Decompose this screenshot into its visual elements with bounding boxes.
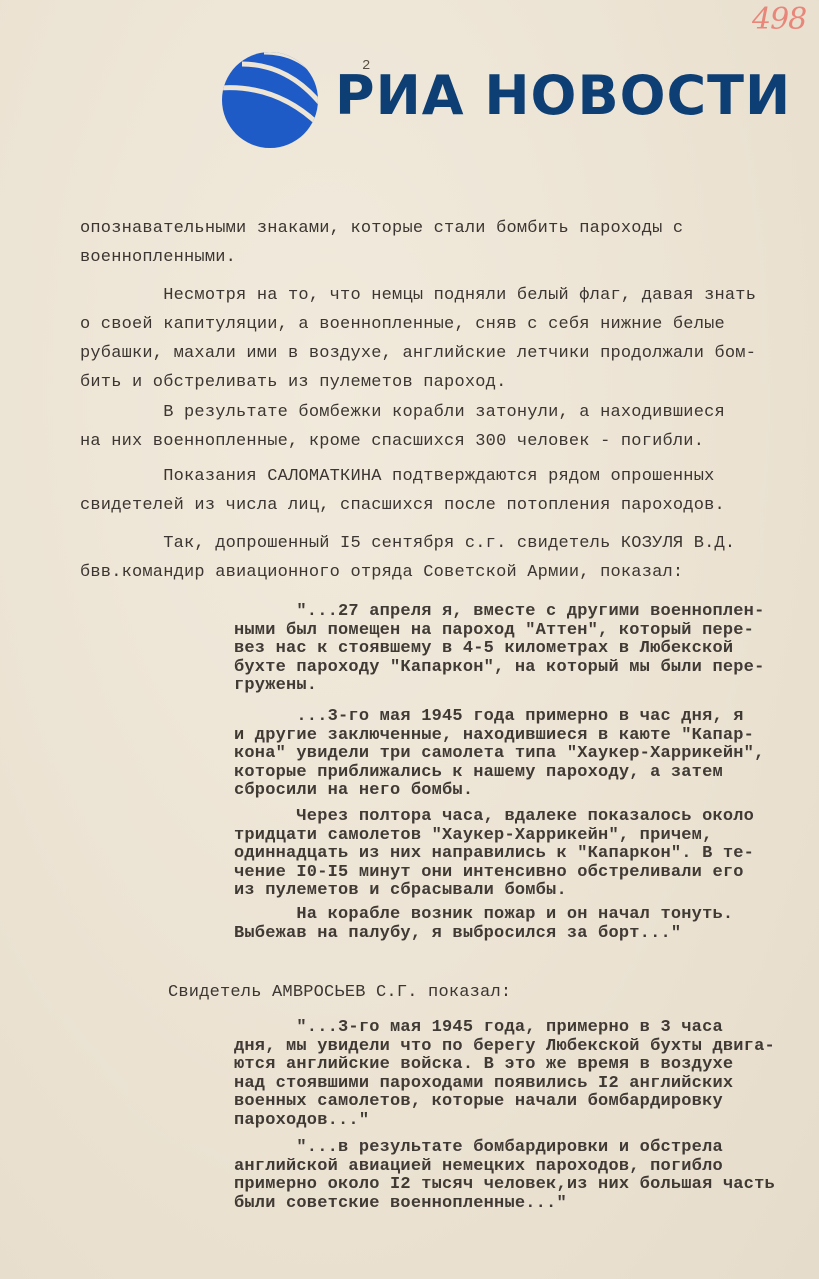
- quote-kozulya: ...3-го мая 1945 года примерно в час дня…: [234, 708, 765, 801]
- paragraph: Показания САЛОМАТКИНА подтверждаются ряд…: [80, 462, 725, 520]
- brand-name: РИА НОВОСТИ: [335, 64, 791, 127]
- quote-amvrosyev: "...в результате бомбардировки и обстрел…: [234, 1139, 775, 1213]
- ria-novosti-globe-icon: [220, 46, 324, 150]
- quote-amvrosyev: "...3-го мая 1945 года, примерно в 3 час…: [234, 1019, 775, 1130]
- quote-kozulya: На корабле возник пожар и он начал тонут…: [234, 906, 733, 943]
- quote-kozulya: Через полтора часа, вдалеке показалось о…: [234, 808, 754, 901]
- paragraph: Так, допрошенный I5 сентября с.г. свидет…: [80, 529, 735, 587]
- paragraph: Несмотря на то, что немцы подняли белый …: [80, 281, 756, 397]
- witness-intro: Свидетель АМВРОСЬЕВ С.Г. показал:: [168, 978, 511, 1007]
- archive-page-number: 498: [752, 2, 806, 37]
- ria-novosti-logo: 2 РИА НОВОСТИ: [220, 46, 810, 150]
- paragraph: опознавательными знаками, которые стали …: [80, 214, 683, 272]
- quote-kozulya: "...27 апреля я, вместе с другими военно…: [234, 603, 765, 696]
- paragraph: В результате бомбежки корабли затонули, …: [80, 398, 725, 456]
